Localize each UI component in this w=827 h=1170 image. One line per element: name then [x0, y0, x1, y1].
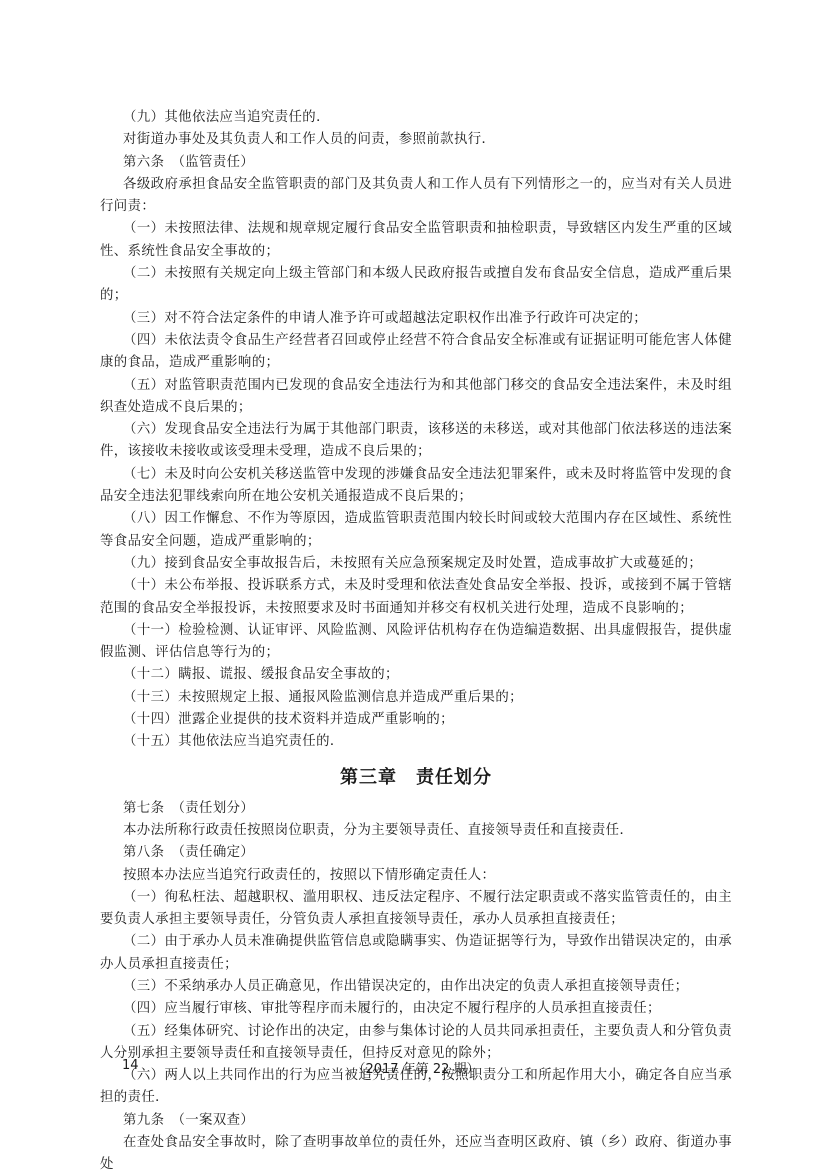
paragraph: 在查处食品安全事故时，除了查明事故单位的责任外，还应当查明区政府、镇（乡）政府、… — [100, 1132, 732, 1170]
document-page: （九）其他依法应当追究责任的． 对街道办事处及其负责人和工作人员的问责，参照前款… — [100, 107, 732, 1170]
list-item: （七）未及时向公安机关移送监管中发现的涉嫌食品安全违法犯罪案件，或未及时将监管中… — [100, 464, 732, 509]
list-item: （八）因工作懈怠、不作为等原因，造成监管职责范围内较长时间或较大范围内存在区域性… — [100, 508, 732, 553]
issue-label: （2017 年第 22 期） — [100, 1058, 732, 1077]
list-item: （三）不采纳承办人员正确意见，作出错误决定的，由作出决定的负责人承担直接领导责任… — [100, 976, 732, 998]
list-item: （四）未依法责令食品生产经营者召回或停止经营不符合食品安全标准或有证据证明可能危… — [100, 330, 732, 375]
page-footer: 14 （2017 年第 22 期） — [100, 1058, 732, 1078]
list-item: （十四）泄露企业提供的技术资料并造成严重影响的； — [100, 709, 732, 731]
list-item: （一）徇私枉法、超越职权、滥用职权、违反法定程序、不履行法定职责或不落实监管责任… — [100, 887, 732, 932]
list-item: （十五）其他依法应当追究责任的． — [100, 731, 732, 753]
paragraph: 本办法所称行政责任按照岗位职责，分为主要领导责任、直接领导责任和直接责任． — [100, 820, 732, 842]
paragraph: 对街道办事处及其负责人和工作人员的问责，参照前款执行． — [100, 129, 732, 151]
paragraph: 按照本办法应当追究行政责任的，按照以下情形确定责任人： — [100, 865, 732, 887]
list-item: （四）应当履行审核、审批等程序而未履行的，由决定不履行程序的人员承担直接责任； — [100, 998, 732, 1020]
list-item: （五）对监管职责范围内已发现的食品安全违法行为和其他部门移交的食品安全违法案件，… — [100, 375, 732, 420]
list-item: （十一）检验检测、认证审评、风险监测、风险评估机构存在伪造编造数据、出具虚假报告… — [100, 620, 732, 665]
list-item: （九）接到食品安全事故报告后，未按照有关应急预案规定及时处置，造成事故扩大或蔓延… — [100, 553, 732, 575]
article-heading: 第九条 （一案双查） — [100, 1110, 732, 1132]
article-heading: 第七条 （责任划分） — [100, 798, 732, 820]
list-item: （六）发现食品安全违法行为属于其他部门职责，该移送的未移送，或对其他部门依法移送… — [100, 419, 732, 464]
paragraph: （九）其他依法应当追究责任的． — [100, 107, 732, 129]
list-item: （十）未公布举报、投诉联系方式，未及时受理和依法查处食品安全举报、投诉，或接到不… — [100, 575, 732, 620]
article-heading: 第六条 （监管责任） — [100, 152, 732, 174]
list-item: （十二）瞒报、谎报、缓报食品安全事故的； — [100, 664, 732, 686]
list-item: （三）对不符合法定条件的申请人准予许可或超越法定职权作出准予行政许可决定的； — [100, 308, 732, 330]
article-heading: 第八条 （责任确定） — [100, 842, 732, 864]
list-item: （十三）未按照规定上报、通报风险监测信息并造成严重后果的； — [100, 687, 732, 709]
list-item: （二）未按照有关规定向上级主管部门和本级人民政府报告或擅自发布食品安全信息，造成… — [100, 263, 732, 308]
chapter-title: 第三章 责任划分 — [100, 766, 732, 790]
list-item: （二）由于承办人员未准确提供监管信息或隐瞒事实、伪造证据等行为，导致作出错误决定… — [100, 931, 732, 976]
list-item: （一）未按照法律、法规和规章规定履行食品安全监管职责和抽检职责，导致辖区内发生严… — [100, 218, 732, 263]
paragraph: 各级政府承担食品安全监管职责的部门及其负责人和工作人员有下列情形之一的，应当对有… — [100, 174, 732, 219]
